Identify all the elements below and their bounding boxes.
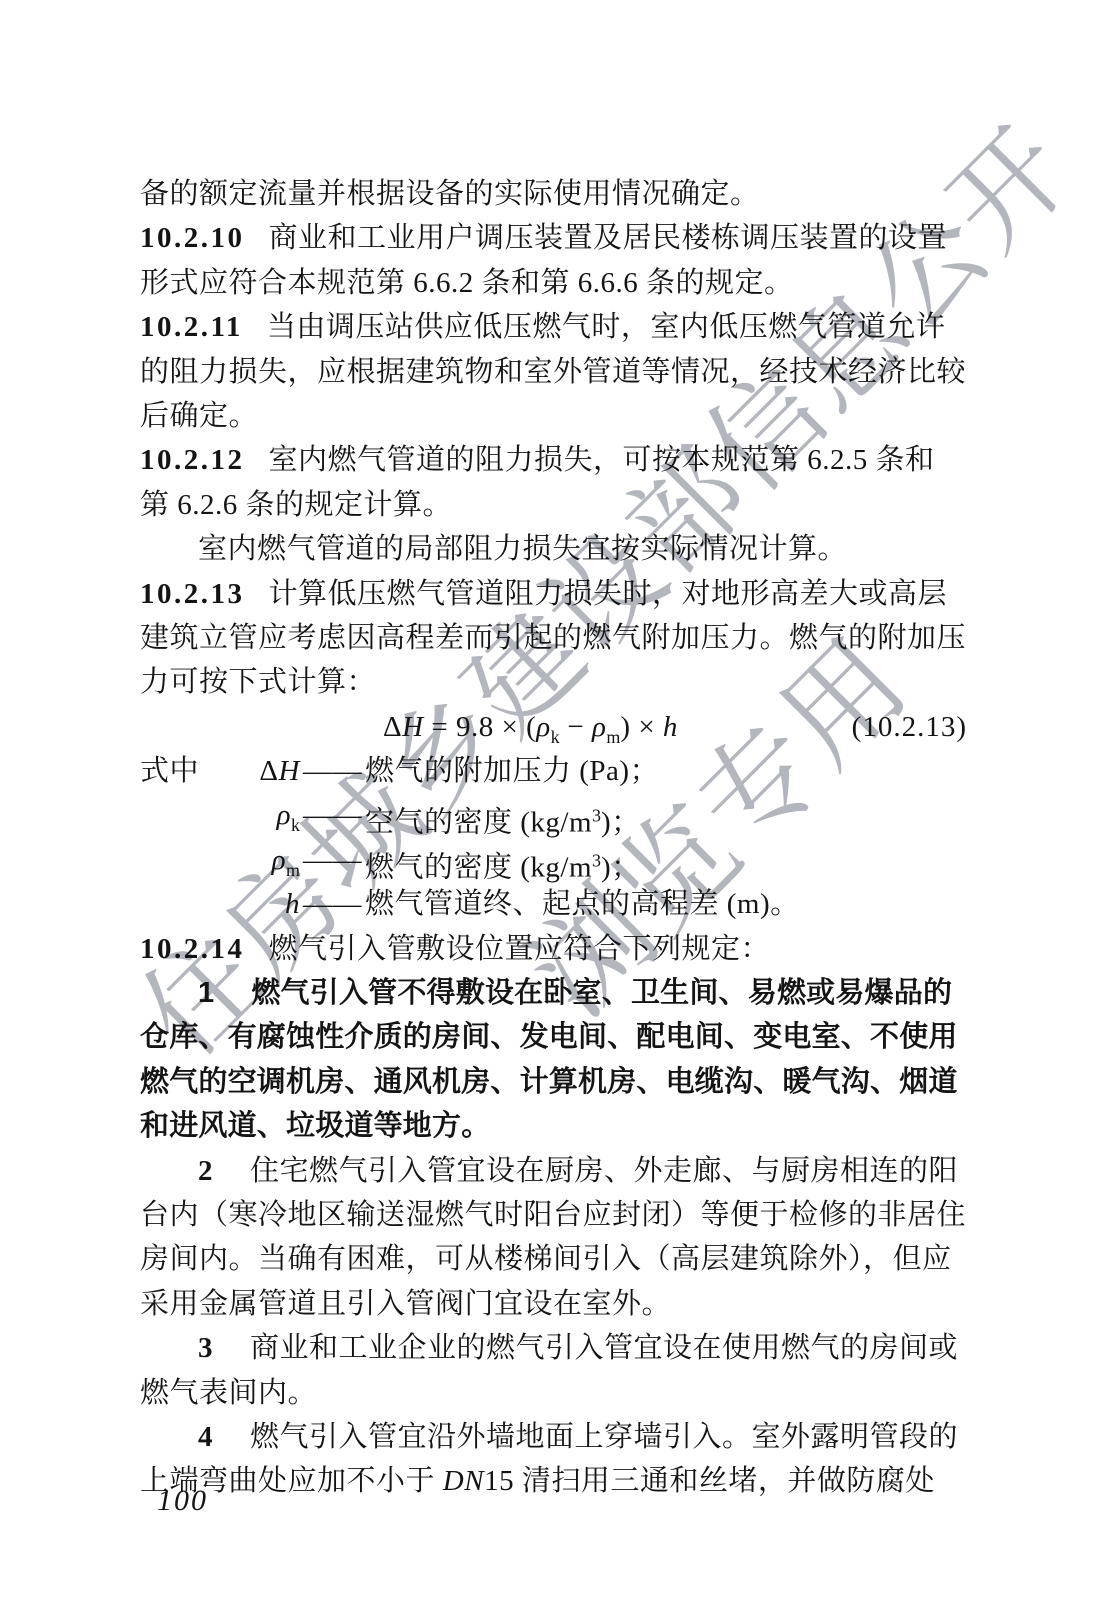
definition-line: 式中ΔH——燃气的附加压力 (Pa)；	[140, 749, 967, 793]
definition-prefix: 式中	[140, 749, 224, 793]
definition-line: ρk——空气的密度 (kg/m3)；	[140, 793, 967, 837]
text-line: 1燃气引入管不得敷设在卧室、卫生间、易燃或易爆品的	[140, 971, 967, 1015]
text-line: 第 6.2.6 条的规定计算。	[140, 483, 967, 527]
text-line: 力可按下式计算：	[140, 660, 967, 704]
text-line: 房间内。当确有困难，可从楼梯间引入（高层建筑除外），但应	[140, 1237, 967, 1281]
document-page: 住房城乡建设部信息公开 浏览专用 备的额定流量并根据设备的实际使用情况确定。10…	[0, 0, 1103, 1598]
definition-prefix	[140, 882, 224, 926]
text-line: 10.2.14燃气引入管敷设位置应符合下列规定：	[140, 927, 967, 971]
definition-symbol: ρm	[224, 838, 300, 882]
definition-text: 燃气管道终、起点的高程差 (m)。	[365, 882, 800, 926]
item-number: 2	[198, 1155, 213, 1187]
item-number: 3	[198, 1332, 213, 1364]
text-line: 燃气的空调机房、通风机房、计算机房、电缆沟、暖气沟、烟道	[140, 1060, 967, 1104]
text-line: 上端弯曲处应加不小于 DN15 清扫用三通和丝堵，并做防腐处	[140, 1459, 967, 1503]
text-line: 后确定。	[140, 394, 967, 438]
text-line: 10.2.10商业和工业用户调压装置及居民楼栋调压装置的设置	[140, 216, 967, 260]
equation-number: (10.2.13)	[852, 705, 967, 749]
section-number: 10.2.13	[140, 578, 245, 610]
text-block: 备的额定流量并根据设备的实际使用情况确定。10.2.10商业和工业用户调压装置及…	[140, 172, 967, 1504]
text-line: 和进风道、垃圾道等地方。	[140, 1104, 967, 1148]
section-number: 10.2.14	[140, 933, 245, 965]
text-line: 10.2.11当由调压站供应低压燃气时，室内低压燃气管道允许	[140, 305, 967, 349]
definition-dash: ——	[300, 882, 365, 926]
text-line: 采用金属管道且引入管阀门宜设在室外。	[140, 1282, 967, 1326]
item-number: 4	[198, 1421, 213, 1453]
definition-prefix	[140, 838, 224, 882]
definition-dash: ——	[300, 838, 365, 882]
definition-symbol: ΔH	[224, 749, 300, 793]
text-line: 燃气表间内。	[140, 1371, 967, 1415]
text-line: 建筑立管应考虑因高程差而引起的燃气附加压力。燃气的附加压	[140, 616, 967, 660]
text-line: 备的额定流量并根据设备的实际使用情况确定。	[140, 172, 967, 216]
item-number: 1	[198, 977, 214, 1009]
formula: ΔH = 9.8 × (ρk − ρm) × h	[383, 705, 678, 749]
definition-symbol: ρk	[224, 793, 300, 837]
text-line: 3商业和工业企业的燃气引入管宜设在使用燃气的房间或	[140, 1326, 967, 1370]
text-line: 10.2.13计算低压燃气管道阻力损失时，对地形高差大或高层	[140, 572, 967, 616]
section-number: 10.2.11	[140, 311, 243, 343]
text-line: 10.2.12室内燃气管道的阻力损失，可按本规范第 6.2.5 条和	[140, 438, 967, 482]
definition-text: 燃气的附加压力 (Pa)；	[365, 749, 659, 793]
page-number: 100	[157, 1484, 208, 1518]
text-line: 台内（寒冷地区输送湿燃气时阳台应封闭）等便于检修的非居住	[140, 1193, 967, 1237]
section-number: 10.2.10	[140, 222, 245, 254]
definition-text: 空气的密度 (kg/m3)；	[365, 793, 641, 837]
text-line: 4燃气引入管宜沿外墙地面上穿墙引入。室外露明管段的	[140, 1415, 967, 1459]
definition-symbol: h	[224, 882, 300, 926]
definition-line: ρm——燃气的密度 (kg/m3)；	[140, 838, 967, 882]
definition-line: h——燃气管道终、起点的高程差 (m)。	[140, 882, 967, 926]
definition-text: 燃气的密度 (kg/m3)；	[365, 838, 641, 882]
text-line: 仓库、有腐蚀性介质的房间、发电间、配电间、变电室、不使用	[140, 1015, 967, 1059]
text-line: 室内燃气管道的局部阻力损失宜按实际情况计算。	[140, 527, 967, 571]
formula-line: ΔH = 9.8 × (ρk − ρm) × h(10.2.13)	[140, 705, 967, 749]
text-line: 的阻力损失，应根据建筑物和室外管道等情况，经技术经济比较	[140, 350, 967, 394]
definition-prefix	[140, 793, 224, 837]
text-line: 形式应符合本规范第 6.6.2 条和第 6.6.6 条的规定。	[140, 261, 967, 305]
definition-dash: ——	[300, 793, 365, 837]
section-number: 10.2.12	[140, 444, 245, 476]
text-line: 2住宅燃气引入管宜设在厨房、外走廊、与厨房相连的阳	[140, 1149, 967, 1193]
definition-dash: ——	[300, 749, 365, 793]
